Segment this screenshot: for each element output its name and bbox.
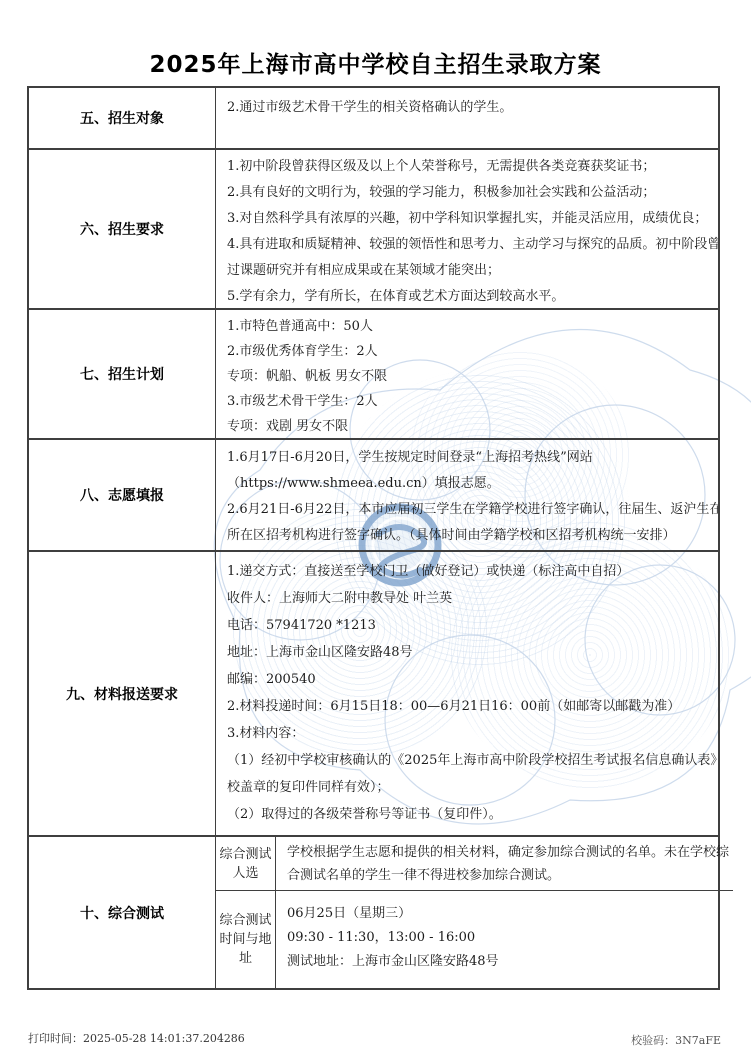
content-line: （2）取得过的各级荣誉称号等证书（复印件）。 [227,801,714,828]
content-cell: 2.通过市级艺术骨干学生的相关资格确认的学生。 [216,88,718,148]
content-line: 3.对自然科学具有浓厚的兴趣，初中学科知识掌握扎实，并能灵活应用，成绩优良； [227,206,714,232]
content-line: 地址：上海市金山区隆安路48号 [227,639,714,666]
content-cell: 学校根据学生志愿和提供的相关材料，确定参加综合测试的名单。未在学校综合测试名单的… [276,837,733,890]
content-line: 测试地址：上海市金山区隆安路48号 [287,950,729,974]
row-label: 十、综合测试 [29,837,216,988]
content-line: 09:30 - 11:30，13:00 - 16:00 [287,926,729,950]
page-title: 2025年上海市高中学校自主招生录取方案 [0,46,751,79]
content-line: 过课题研究并有相应成果或在某领域才能突出； [227,258,714,284]
content-line: （1）经初中学校审核确认的《2025年上海市高中阶段学校招生考试报名信息确认表》… [227,747,714,774]
content-line: 3.材料内容： [227,720,714,747]
table-row: 六、招生要求1.初中阶段曾获得区级及以上个人荣誉称号，无需提供各类竞赛获奖证书；… [29,148,718,308]
table-row: 十、综合测试综合测试人选学校根据学生志愿和提供的相关材料，确定参加综合测试的名单… [29,835,718,988]
document-page: 2025年上海市高中学校自主招生录取方案 五、招生对象2.通过市级艺术骨干学生的… [0,0,751,1063]
table-row: 五、招生对象2.通过市级艺术骨干学生的相关资格确认的学生。 [29,88,718,148]
row-label: 九、材料报送要求 [29,552,216,835]
content-line: 电话：57941720 *1213 [227,612,714,639]
content-line: 校盖章的复印件同样有效）； [227,774,714,801]
content-line: 学校根据学生志愿和提供的相关材料，确定参加综合测试的名单。未在学校综 [287,841,729,864]
content-line: （https://www.shmeea.edu.cn）填报志愿。 [227,471,714,497]
content-line: 专项：戏剧 男女不限 [227,414,714,438]
row-label: 八、志愿填报 [29,440,216,550]
content-line: 2.通过市级艺术骨干学生的相关资格确认的学生。 [227,94,714,121]
content-cell: 1.市特色普通高中：50人2.市级优秀体育学生：2人专项：帆船、帆板 男女不限3… [216,310,718,438]
table-row: 八、志愿填报1.6月17日-6月20日，学生按规定时间登录“上海招考热线”网站（… [29,438,718,550]
content-line: 邮编：200540 [227,666,714,693]
row-label: 六、招生要求 [29,150,216,308]
content-line: 收件人：上海师大二附中教导处 叶兰英 [227,585,714,612]
content-cell: 1.递交方式：直接送至学校门卫（做好登记）或快递（标注高中自招）收件人：上海师大… [216,552,718,835]
content-line: 1.初中阶段曾获得区级及以上个人荣誉称号，无需提供各类竞赛获奖证书； [227,154,714,180]
content-line: 1.市特色普通高中：50人 [227,314,714,339]
table-row: 七、招生计划1.市特色普通高中：50人2.市级优秀体育学生：2人专项：帆船、帆板… [29,308,718,438]
content-line: 2.市级优秀体育学生：2人 [227,339,714,364]
content-line: 2.6月21日-6月22日，本市应届初三学生在学籍学校进行签字确认，往届生、返沪… [227,497,714,523]
content-cell: 06月25日（星期三）09:30 - 11:30，13:00 - 16:00测试… [276,891,733,988]
print-time: 打印时间：2025-05-28 14:01:37.204286 [28,1030,245,1046]
sub-row-label: 综合测试时间与地址 [216,891,276,988]
content-line: 专项：帆船、帆板 男女不限 [227,364,714,389]
row-label: 七、招生计划 [29,310,216,438]
sub-row-label: 综合测试人选 [216,837,276,890]
table-row: 九、材料报送要求1.递交方式：直接送至学校门卫（做好登记）或快递（标注高中自招）… [29,550,718,835]
content-line: 2.材料投递时间：6月15日18：00—6月21日16：00前（如邮寄以邮戳为准… [227,693,714,720]
content-line: 1.6月17日-6月20日，学生按规定时间登录“上海招考热线”网站 [227,445,714,471]
admission-plan-table: 五、招生对象2.通过市级艺术骨干学生的相关资格确认的学生。六、招生要求1.初中阶… [27,86,720,990]
content-cell: 1.初中阶段曾获得区级及以上个人荣誉称号，无需提供各类竞赛获奖证书；2.具有良好… [216,150,718,308]
content-cell: 1.6月17日-6月20日，学生按规定时间登录“上海招考热线”网站（https:… [216,440,718,550]
content-line: 2.具有良好的文明行为，较强的学习能力，积极参加社会实践和公益活动； [227,180,714,206]
content-line: 4.具有进取和质疑精神、较强的领悟性和思考力、主动学习与探究的品质。初中阶段曾参… [227,232,714,258]
content-line: 所在区招考机构进行签字确认。（具体时间由学籍学校和区招考机构统一安排） [227,523,714,549]
content-line: 1.递交方式：直接送至学校门卫（做好登记）或快递（标注高中自招） [227,558,714,585]
sub-row: 综合测试人选学校根据学生志愿和提供的相关材料，确定参加综合测试的名单。未在学校综… [216,837,733,890]
content-line: 5.学有余力，学有所长，在体育或艺术方面达到较高水平。 [227,284,714,308]
content-line: 合测试名单的学生一律不得进校参加综合测试。 [287,864,729,887]
sub-row: 综合测试时间与地址06月25日（星期三）09:30 - 11:30，13:00 … [216,890,733,988]
sub-rows-container: 综合测试人选学校根据学生志愿和提供的相关材料，确定参加综合测试的名单。未在学校综… [216,837,733,988]
row-label: 五、招生对象 [29,88,216,148]
content-line: 06月25日（星期三） [287,902,729,926]
content-line: 3.市级艺术骨干学生：2人 [227,389,714,414]
verification-code: 校验码：3N7aFE [631,1032,721,1048]
